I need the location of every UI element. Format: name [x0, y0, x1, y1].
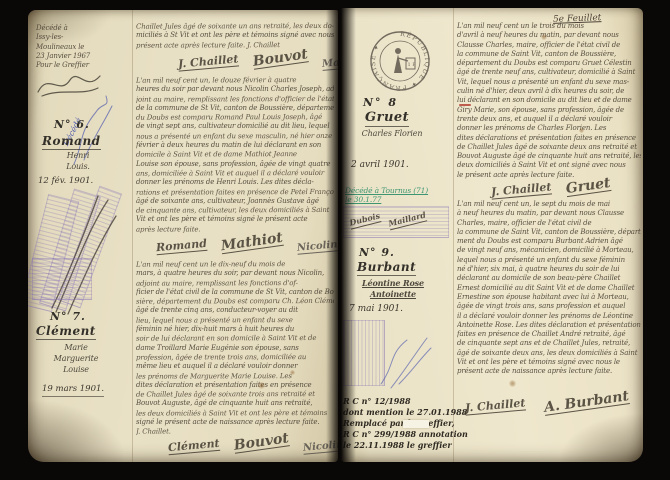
text-line: de Chaillet Jules âgé de soixante deux a…	[457, 143, 641, 152]
act6-number: N° 6.	[54, 118, 90, 131]
signature-row: ClémentBouvotNicolin	[168, 436, 338, 452]
text-line: de vingt sept ans, cultivateur domicilié…	[136, 122, 334, 131]
act7-name: Clément	[36, 324, 96, 340]
text-line: la commune de Saint Vit, canton de Bouss…	[457, 228, 641, 237]
text-line: féminin né hier, dix-huit mars à huit he…	[136, 325, 334, 334]
act8-firstnames: Charles Florien	[347, 128, 437, 139]
register-scan: Décédé àIssy-les-Moulineaux le23 Janvier…	[0, 0, 670, 480]
text-line: Décédé à Tournus (71)	[345, 186, 428, 195]
svg-text:RÉPUBLIQUE ✦ FRANÇAISE ✦: RÉPUBLIQUE ✦ FRANÇAISE ✦	[369, 30, 431, 92]
text-line: présent acte de naissance après lecture …	[457, 367, 641, 376]
deceased-note: Décédé àIssy-les-Moulineaux le23 Janvier…	[36, 24, 90, 70]
text-line: dites déclaration et présentation faites…	[136, 381, 334, 390]
text-line: deux domiciliés à Saint Vit et ont signé…	[457, 161, 641, 170]
svg-text:1 F: 1 F	[408, 62, 417, 68]
text-line: de la commune de St Vit, canton de Bouss…	[136, 104, 334, 113]
act8-date: 2 avril 1901.	[351, 160, 409, 170]
text-line: donner les prénoms de Charles Florien. L…	[457, 124, 641, 133]
text-line: âgé de soixante deux ans, les deux domic…	[457, 349, 641, 358]
text-line: même lieu et auquel il a déclaré vouloir…	[136, 362, 334, 371]
marianne-figure	[394, 48, 415, 73]
text-line: le 22.11.1988 le greffier	[343, 440, 583, 451]
text-line: lequel nous a présenté un enfant du sexe…	[457, 256, 641, 265]
act9-number: N° 9.	[359, 246, 395, 259]
act7-date: 19 mars 1901.	[42, 384, 104, 397]
text-line: Issy-les-	[36, 33, 90, 42]
act6-text: L'an mil neuf cent un, le douze février …	[136, 76, 334, 236]
text-line: âgé de trente cinq ans, conducteur-voyer…	[136, 306, 334, 315]
text-line: L'an mil neuf cent un, le sept du mois d…	[457, 200, 641, 209]
blue-scribble	[371, 324, 441, 394]
act6-firstnames: HenriLouis.	[46, 150, 110, 172]
text-line: Ernest domicilié au dit Saint Vit et de …	[457, 284, 641, 293]
text-line: âgé de trente neuf ans, cultivateur, dom…	[457, 68, 641, 77]
left-page: Décédé àIssy-les-Moulineaux le23 Janvier…	[28, 10, 338, 462]
text-line: Clausse Charles, maire, officier de l'ét…	[457, 41, 641, 50]
text-line: le 30.1.77	[345, 195, 428, 204]
act9-text: L'an mil neuf cent un, le sept du mois d…	[457, 200, 641, 378]
margin-rule	[453, 8, 454, 462]
text-line: Giry Marie, son épouse, sans profession,…	[457, 106, 641, 115]
text-line: 23 Janvier 1967	[36, 52, 90, 61]
text-line: né d'hier, six mai, à quatre heures du s…	[457, 265, 641, 274]
signature-row: RomandMathiotNicolin	[156, 236, 338, 252]
signature-row: J. ChailletGruet	[491, 180, 610, 196]
text-line: dites déclarations et présentation faite…	[457, 134, 641, 143]
text-line: Louise son épouse, sans profession, âgée…	[136, 160, 334, 169]
text-line: à neuf heures du matin, par devant nous …	[457, 209, 641, 218]
signature: J. Chaillet	[491, 180, 552, 198]
text-line: il a déclaré vouloir donner les prénoms …	[457, 312, 641, 321]
age-spot	[509, 380, 516, 387]
text-line: âgé de soixante ans, cultivateur, Joannè…	[136, 197, 334, 206]
signature-row: J. ChailletBouvotMathiot	[178, 52, 338, 68]
text-line: donner les prénoms de Henri Louis. Les d…	[136, 178, 334, 187]
text-line: âgée de vingt trois ans, sans profession…	[457, 302, 641, 311]
text-line: heures du soir par devant nous Nicolin C…	[136, 85, 334, 94]
act9-firstnames: Léontine RoseAntoinette	[343, 278, 443, 300]
text-line: dame Troillard Marie Eugénie son épouse,…	[136, 344, 334, 353]
signature: J. Chaillet	[178, 52, 239, 70]
republique-francaise-stamp: RÉPUBLIQUE ✦ FRANÇAISE ✦ 1 F	[367, 28, 433, 94]
text-line: Marie	[36, 342, 116, 353]
correction-tape	[403, 420, 429, 428]
act7-text: L'an mil neuf cent un le dix-neuf du moi…	[136, 260, 334, 438]
text-line: Louis.	[46, 161, 110, 172]
text-line: trente deux ans, et auquel il a déclaré …	[457, 115, 641, 124]
text-line: d'avril à neuf heures du matin, par deva…	[457, 31, 641, 40]
text-line: février à deux heures du matin de lui dé…	[136, 141, 334, 150]
text-line: L'an mil neuf cent un le trois du mois	[457, 22, 641, 31]
text-line: Vit et ont les père et témoins signé le …	[136, 215, 334, 224]
text-line: après lecture faite.	[136, 225, 334, 235]
text-line: Léontine Rose	[343, 278, 443, 289]
act9-date: 7 mai 1901.	[349, 304, 403, 314]
text-line: Remplacé par le greffier,	[343, 418, 583, 429]
text-line: Charles, maire, officier de l'état civil…	[457, 219, 641, 228]
signature: J. Chaillet	[465, 396, 526, 414]
text-line: Vit et ont les père et témoins signé ave…	[457, 358, 641, 367]
text-line: la commune de Saint Vit, canton de Bouss…	[457, 50, 641, 59]
act8-number: N° 8	[363, 96, 398, 109]
text-line: Marguerite	[36, 353, 116, 364]
signature: Clément	[168, 437, 221, 454]
text-line: faites en présence de Chaillet André ret…	[457, 330, 641, 339]
act7-firstnames: MarieMargueriteLouise	[36, 342, 116, 375]
margin-signature-row: DuboisMaillard	[349, 214, 426, 224]
signature-row: J. ChailletA. BurbantE. ChailletMaugin	[465, 396, 643, 412]
red-underline-mark	[459, 104, 471, 106]
act9-name: Burbant	[357, 260, 416, 276]
act8-text: L'an mil neuf cent un le trois du moisd'…	[457, 22, 641, 182]
text-line: département du Doubs est comparu Gruet C…	[457, 59, 641, 68]
text-line: ment du Doubs est comparu Burbant Adrien…	[457, 237, 641, 246]
right-page: 5e Feuillet RÉPUBLIQUE ✦ FRANÇAISE ✦ 1 F…	[341, 8, 643, 462]
green-deceased-note: Décédé à Tournus (71)le 30.1.77	[345, 186, 428, 205]
text-line: Vit, lequel nous a présenté un enfant du…	[457, 78, 641, 87]
text-line: mars, à quatre heures du soir, par devan…	[136, 269, 334, 278]
text-line: de cinquante sept ans et de Chaillet Jul…	[457, 339, 641, 348]
text-line: Charles Florien	[347, 128, 437, 139]
book-gutter	[326, 0, 356, 480]
mention-stamp-block	[32, 258, 92, 300]
text-line: culin né d'hier, deux avril à dix heures…	[457, 87, 641, 96]
text-line: Bouvot Auguste, âgé de cinquante huit an…	[136, 399, 334, 408]
text-line: lui déclarant en son domicile au dit lie…	[457, 96, 641, 105]
act7-number: N° 7.	[50, 310, 86, 323]
text-line: Antoinette	[343, 289, 443, 300]
age-spot	[579, 128, 584, 133]
signature: A. Burbant	[543, 388, 630, 416]
text-line: Antoinette Rose. Les dites déclaration e…	[457, 321, 641, 330]
margin-rule	[132, 10, 133, 462]
text-line: Décédé à	[36, 24, 90, 33]
text-line: le présent acte après lecture faite.	[457, 171, 641, 180]
text-line: ficier de l'état civil de la commune de …	[136, 288, 334, 297]
text-line: de vingt neuf ans, mécanicien, domicilié…	[457, 246, 641, 255]
text-line: Louise	[36, 364, 116, 375]
text-line: Moulineaux le	[36, 43, 90, 52]
act6-date: 12 fév. 1901.	[38, 176, 93, 186]
text-line: miciliés à St Vit et ont les père et tém…	[136, 31, 334, 40]
signature: Romand	[156, 237, 208, 254]
text-line: Ernestine son épouse habitant avec lui à…	[457, 293, 641, 302]
text-line: Bouvot Auguste âgé de cinquante huit ans…	[457, 152, 641, 161]
text-line: signé le présent acte de naissance après…	[136, 418, 334, 427]
text-line: R C n° 299/1988 annotation	[343, 429, 583, 440]
text-line: Henri	[46, 150, 110, 161]
act6-name: Romand	[42, 134, 101, 150]
age-spot	[258, 382, 265, 389]
text-line: déclarant au domicile de son beau-père C…	[457, 274, 641, 283]
act8-name: Gruet	[365, 110, 409, 127]
age-spot	[541, 34, 547, 40]
age-spot	[290, 370, 295, 375]
signature-scribble	[38, 190, 128, 320]
